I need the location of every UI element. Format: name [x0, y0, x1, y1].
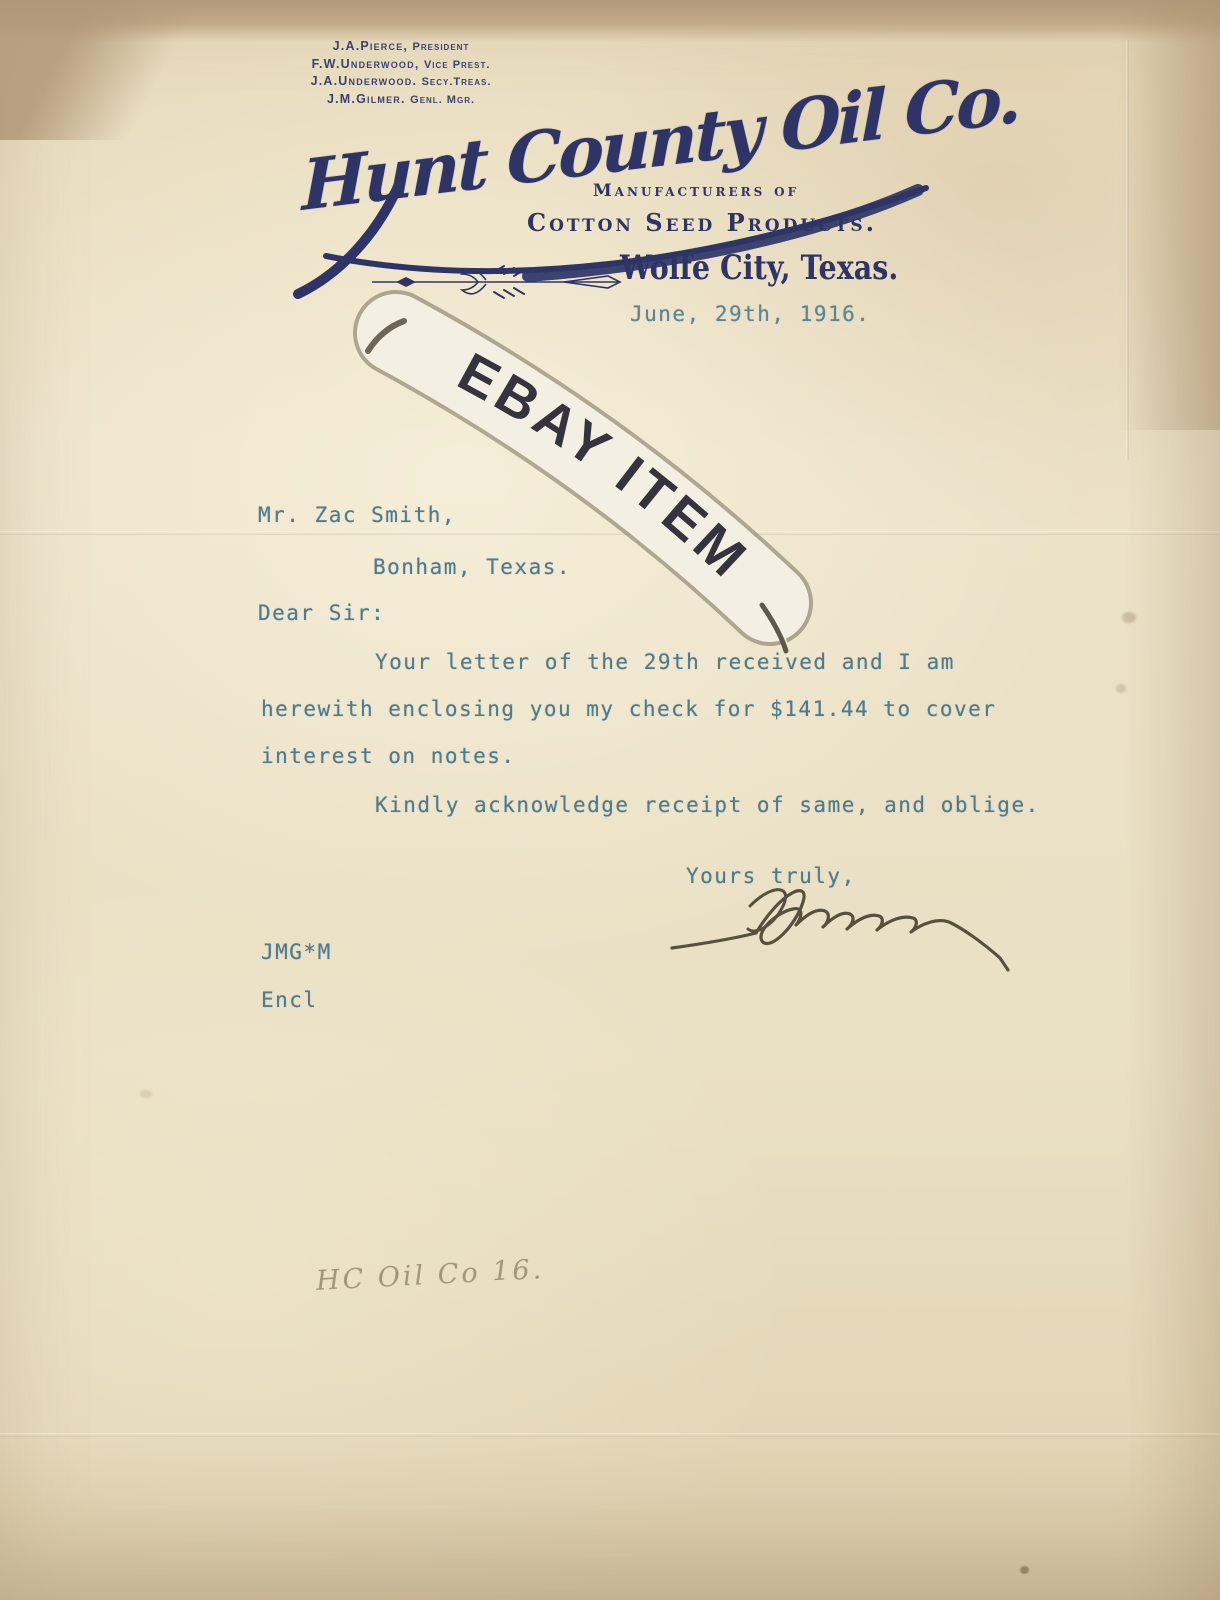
officer-name: J.M.Gilmer. — [327, 92, 406, 106]
officer-name: J.A.Underwood. — [311, 74, 418, 88]
ebay-item-strip: EBAY ITEM — [338, 285, 858, 685]
tagline-products: Cotton Seed Products. — [512, 208, 892, 237]
scan-backing-corner — [0, 0, 250, 140]
officer-list: J.A.Pierce, President F.W.Underwood, Vic… — [285, 38, 517, 108]
signature — [650, 872, 1020, 977]
officer-name: F.W.Underwood, — [312, 57, 420, 71]
officer-title: President — [413, 41, 470, 53]
body-line-4: Kindly acknowledge receipt of same, and … — [375, 793, 1040, 817]
officer-line: J.M.Gilmer. Genl. Mgr. — [285, 91, 517, 109]
officer-title: Genl. Mgr. — [410, 94, 475, 106]
body-line-3: interest on notes. — [261, 744, 516, 768]
scanned-letter: J.A.Pierce, President F.W.Underwood, Vic… — [0, 0, 1220, 1600]
officer-line: F.W.Underwood, Vice Prest. — [285, 56, 517, 74]
paper-stain — [140, 1090, 152, 1098]
officer-line: J.A.Underwood. Secy.Treas. — [285, 73, 517, 91]
tagline-manufacturers: Manufacturers of — [586, 181, 806, 201]
paper-shade-right — [1125, 0, 1220, 1600]
pencil-annotation: HC Oil Co 16. — [315, 1254, 545, 1297]
paper-shade-bottom — [0, 1430, 1220, 1600]
officer-title: Vice Prest. — [424, 59, 490, 71]
officer-title: Secy.Treas. — [422, 76, 492, 88]
enclosure-note: Encl — [261, 988, 318, 1012]
ebay-item-label: EBAY ITEM — [448, 340, 761, 591]
typist-initials: JMG*M — [261, 940, 332, 964]
letterhead-location: Wolfe City, Texas. — [620, 248, 898, 288]
body-line-2: herewith enclosing you my check for $141… — [261, 697, 996, 721]
